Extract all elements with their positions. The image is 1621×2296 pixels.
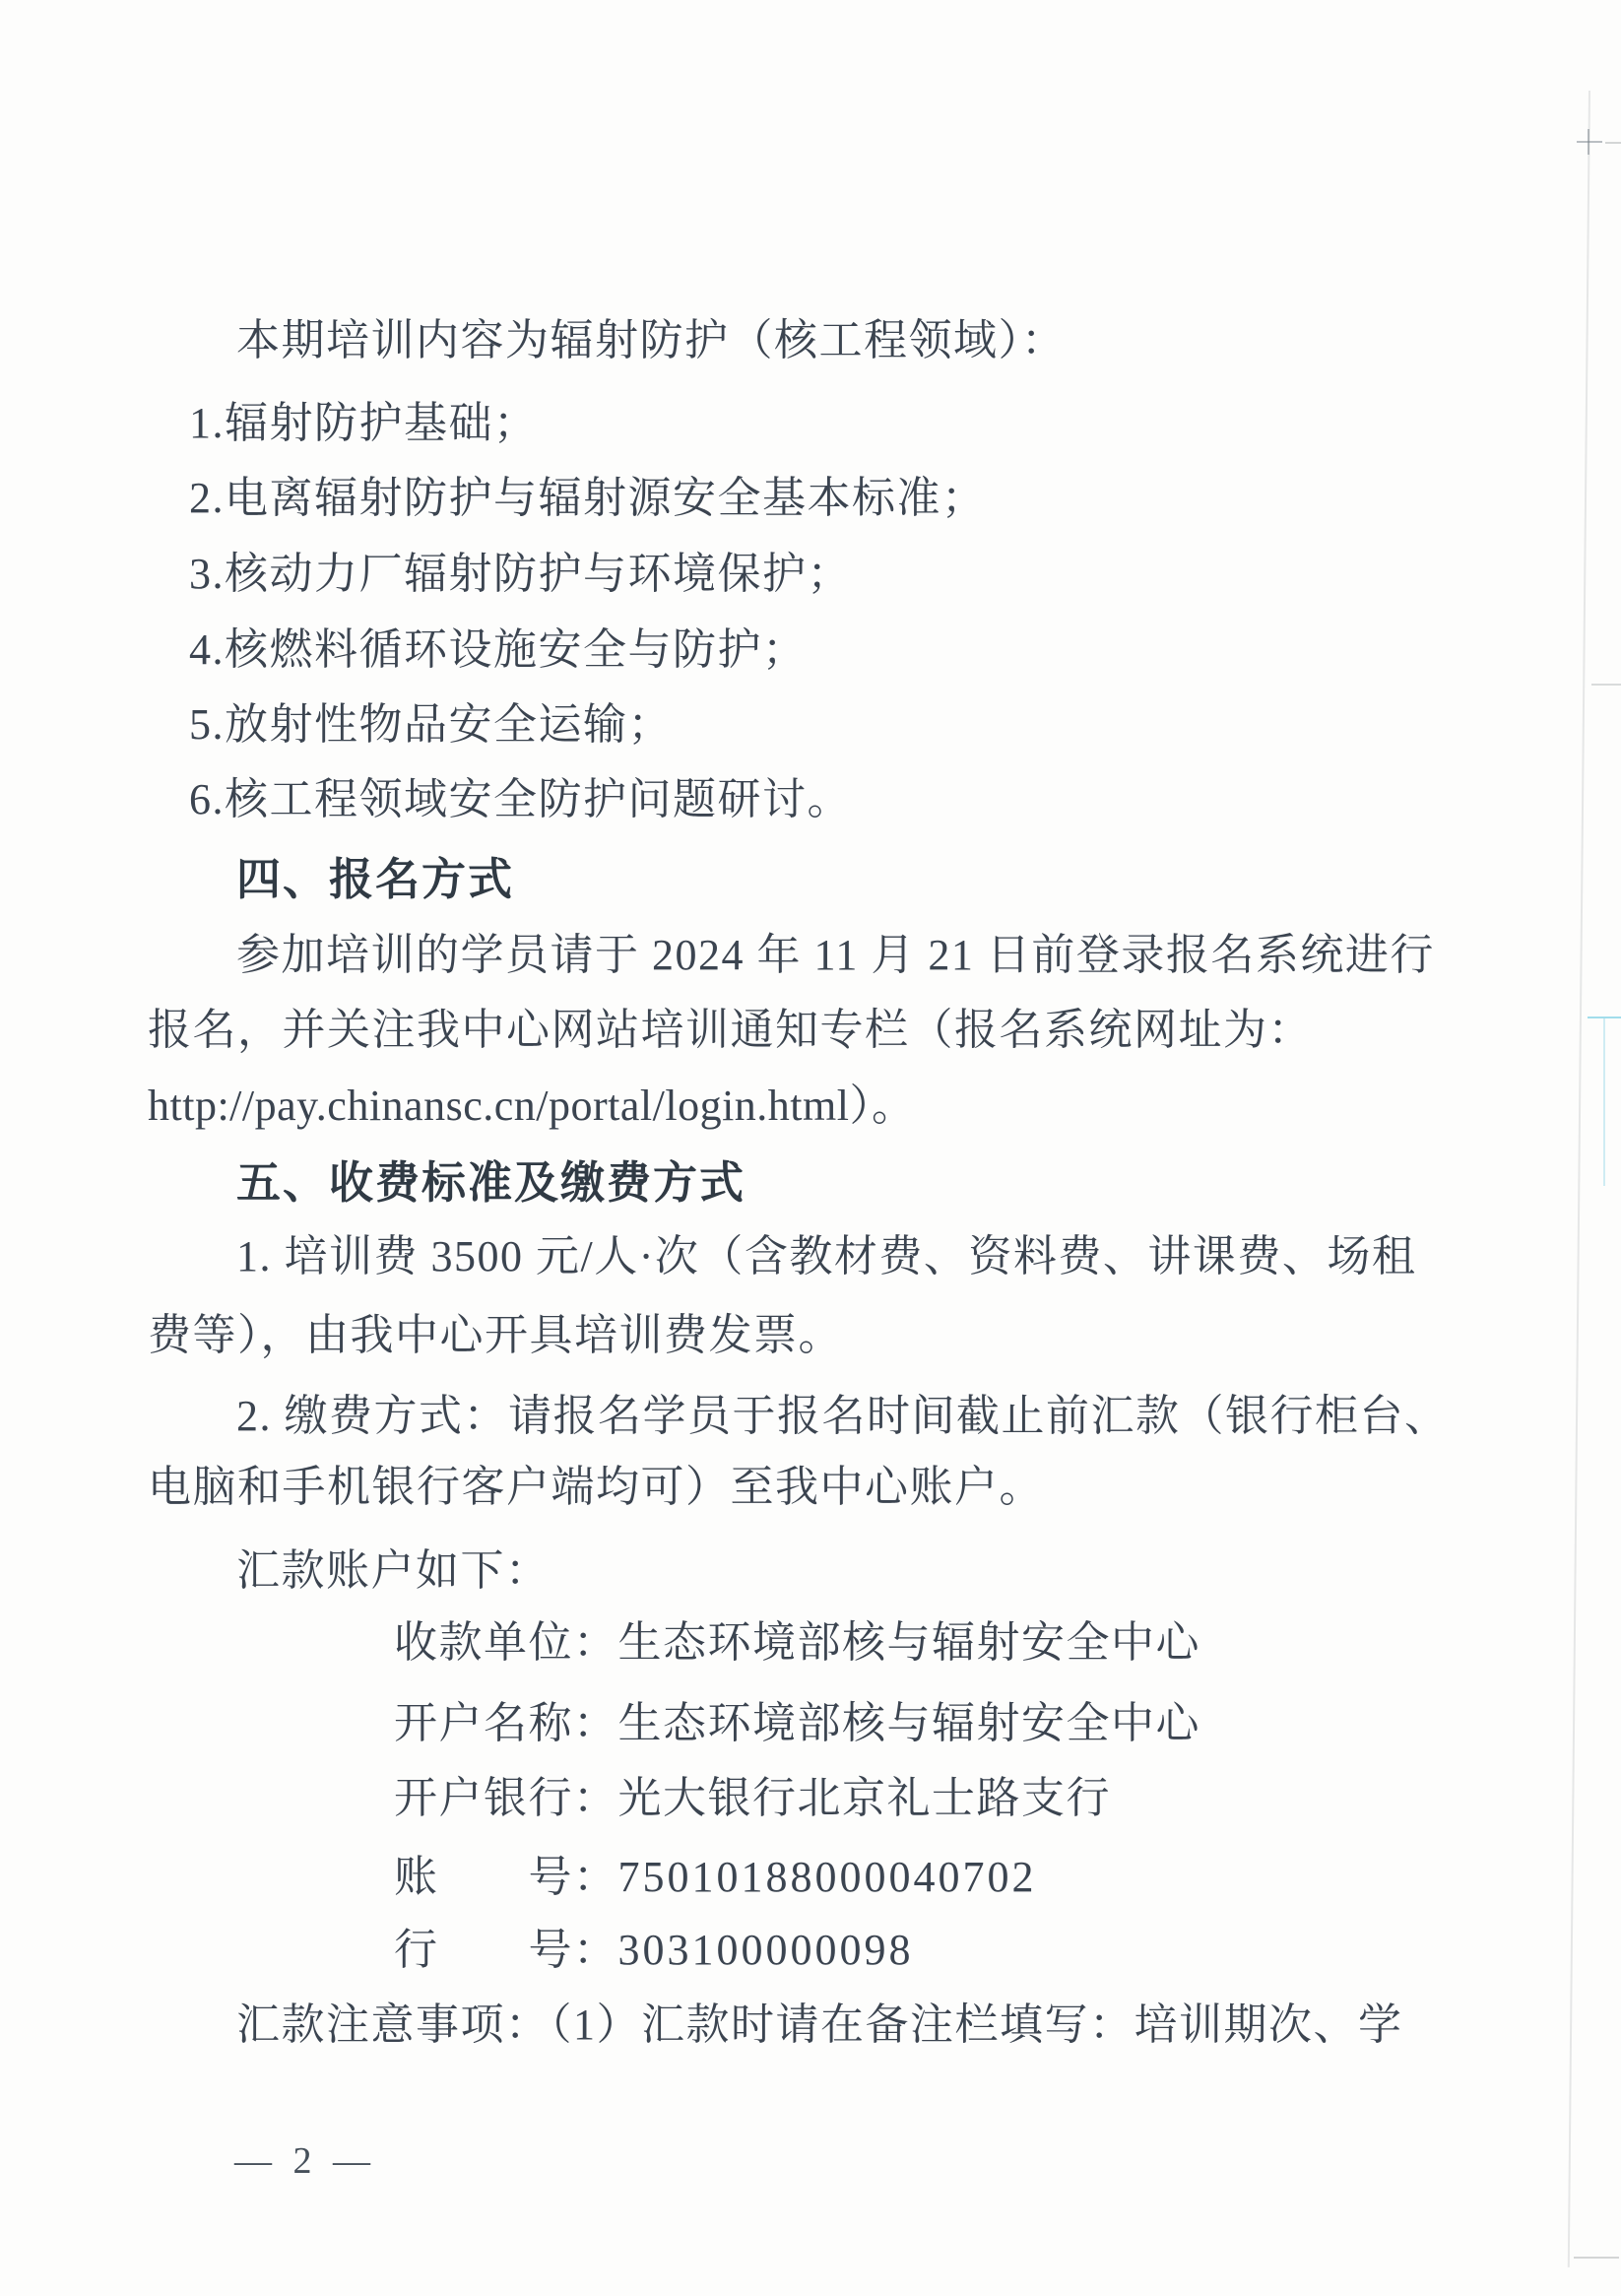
payment-line-1: 2. 缴费方式：请报名学员于报名时间截止前汇款（银行柜台、	[236, 1392, 1349, 1442]
document-page: 本期培训内容为辐射防护（核工程领域）： 1.辐射防护基础； 2.电离辐射防护与辐…	[0, 0, 1621, 2296]
course-item-1: 1.辐射防护基础；	[189, 399, 539, 449]
section-5-heading: 五、收费标准及缴费方式	[236, 1157, 746, 1209]
scan-artifact-cyan-vertical	[1603, 1018, 1605, 1186]
scan-artifact-bottom-dash	[1574, 2257, 1619, 2259]
course-item-5: 5.放射性物品安全运输；	[189, 700, 673, 751]
account-value-bank: 光大银行北京礼士路支行	[618, 1774, 1112, 1824]
account-label-account-name: 开户名称：	[394, 1699, 618, 1749]
fee-line-1: 1. 培训费 3500 元/人·次（含教材费、资料费、讲课费、场租	[236, 1232, 1349, 1282]
fee-line-2: 费等），由我中心开具培训费发票。	[148, 1311, 843, 1361]
section-4-heading: 四、报名方式	[236, 854, 514, 905]
payment-line-2: 电脑和手机银行客户端均可）至我中心账户。	[148, 1463, 1044, 1513]
account-row-payee: 收款单位：生态环境部核与辐射安全中心	[394, 1618, 1200, 1669]
account-row-account-number: 账 号：75010188000040702	[394, 1853, 1037, 1903]
account-value-payee: 生态环境部核与辐射安全中心	[618, 1618, 1201, 1669]
scan-artifact-middle-tick	[1591, 684, 1621, 686]
account-label-bank: 开户银行：	[394, 1774, 618, 1824]
account-label-bank-number: 行 号：	[394, 1926, 618, 1976]
registration-line-1: 参加培训的学员请于 2024 年 11 月 21 日前登录报名系统进行	[236, 931, 1349, 981]
remit-intro-line: 汇款账户如下：	[236, 1546, 551, 1597]
account-value-account-number: 75010188000040702	[618, 1853, 1037, 1903]
account-row-account-name: 开户名称：生态环境部核与辐射安全中心	[394, 1699, 1200, 1749]
course-item-6: 6.核工程领域安全防护问题研讨。	[189, 775, 852, 825]
scan-artifact-cross-horizontal	[1577, 141, 1602, 143]
account-label-account-number: 账 号：	[394, 1853, 618, 1903]
account-label-payee: 收款单位：	[394, 1618, 618, 1669]
registration-url-line: http://pay.chinansc.cn/portal/login.html…	[148, 1082, 915, 1132]
course-item-3: 3.核动力厂辐射防护与环境保护；	[189, 550, 852, 600]
page-number: — 2 —	[234, 2139, 376, 2183]
scan-artifact-cross-vertical	[1588, 129, 1589, 155]
account-value-account-name: 生态环境部核与辐射安全中心	[618, 1699, 1201, 1749]
scan-artifact-cyan-horizontal	[1588, 1017, 1621, 1018]
remit-note-line: 汇款注意事项：（1）汇款时请在备注栏填写：培训期次、学	[236, 2001, 1349, 2051]
course-item-4: 4.核燃料循环设施安全与防护；	[189, 625, 808, 676]
account-row-bank: 开户银行：光大银行北京礼士路支行	[394, 1774, 1111, 1824]
registration-line-2: 报名，并关注我中心网站培训通知专栏（报名系统网址为：	[148, 1006, 1313, 1056]
scan-artifact-vertical-line	[1568, 91, 1590, 2267]
account-value-bank-number: 303100000098	[618, 1926, 914, 1976]
intro-line: 本期培训内容为辐射防护（核工程领域）：	[236, 316, 1067, 366]
scan-artifact-top-dash	[1605, 142, 1621, 144]
account-row-bank-number: 行 号：303100000098	[394, 1926, 914, 1976]
course-item-2: 2.电离辐射防护与辐射源安全基本标准；	[189, 474, 987, 524]
